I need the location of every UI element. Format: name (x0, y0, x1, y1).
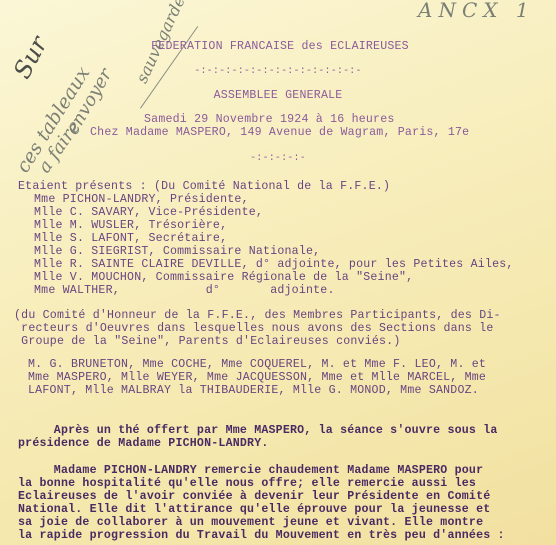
member-line: Mlle S. LAFONT, Secrétaire, (34, 232, 227, 245)
member-line: Mlle C. SAVARY, Vice-Présidente, (34, 206, 263, 219)
handwritten-annotation-top-right: ANCX 1 (418, 0, 535, 22)
guest-line: LAFONT, Mlle MALBRAY la THIBAUDERIE, Mll… (28, 384, 479, 397)
honour-committee-line: Groupe de la "Seine", Parents d'Eclaireu… (14, 335, 401, 348)
meeting-date: Samedi 29 Novembre 1924 à 16 heures (144, 113, 395, 126)
paragraph-line: Eclaireuses de l'avoir conviée à devenir… (18, 490, 490, 503)
separator-line: -:-:-:-:-:-:-:-:-:-:-:-:-:- (0, 65, 556, 78)
member-line: Mlle V. MOUCHON, Commissaire Régionale d… (34, 271, 413, 284)
honour-committee-line: recteurs d'Oeuvres dans lesquelles nous … (14, 322, 494, 335)
member-line: Mme WALTHER, d° adjointe. (34, 284, 335, 297)
paragraph-line: National. Elle dit l'attirance qu'elle é… (18, 503, 490, 516)
guest-line: M. G. BRUNETON, Mme COCHE, Mme COQUEREL,… (28, 358, 486, 371)
paragraph-line: la bonne hospitalité qu'elle nous offre;… (18, 477, 476, 490)
member-line: Mlle R. SAINTE CLAIRE DEVILLE, d° adjoin… (34, 258, 514, 271)
attendance-intro: Etaient présents : (Du Comité National d… (18, 180, 390, 193)
paragraph-line: Après un thé offert par Mme MASPERO, la … (18, 424, 498, 437)
meeting-location: Chez Madame MASPERO, 149 Avenue de Wagra… (90, 126, 469, 139)
member-line: Mlle M. WUSLER, Trésorière, (34, 219, 227, 232)
honour-committee-line: (du Comité d'Honneur de la F.F.E., des M… (14, 309, 501, 322)
paragraph-line: la rapide progression du Travail du Mouv… (18, 529, 505, 542)
member-line: Mlle G. SIEGRIST, Commissaire Nationale, (34, 245, 320, 258)
separator-line-2: -:-:-:-:- (0, 152, 556, 165)
guest-line: Mme MASPERO, Mlle WEYER, Mme JACQUESSON,… (28, 371, 486, 384)
typewritten-document-page: ANCX 1 Sur ces tableaux envoyer a faire … (0, 0, 556, 545)
meeting-title: ASSEMBLEE GENERALE (0, 89, 556, 102)
paragraph-line: présidence de Madame PICHON-LANDRY. (18, 437, 269, 450)
organization-title: FEDERATION FRANCAISE des ECLAIREUSES (0, 40, 556, 53)
paragraph-line: sa joie de collaborer à un mouvement jeu… (18, 516, 483, 529)
member-line: Mme PICHON-LANDRY, Présidente, (34, 193, 249, 206)
paragraph-line: Madame PICHON-LANDRY remercie chaudement… (18, 464, 483, 477)
